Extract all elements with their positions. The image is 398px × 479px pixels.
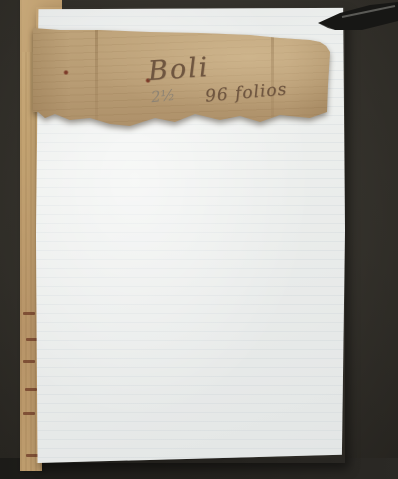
crease-line: [271, 30, 274, 122]
torn-cover-fragment: Boli 2½ 96 folios: [33, 26, 333, 128]
pencil-number: 2½: [150, 86, 176, 106]
pen-body: [318, 2, 398, 30]
stain-mark: [23, 360, 35, 363]
pen-tip: [300, 0, 398, 44]
stain-mark: [23, 312, 35, 315]
red-stain: [63, 70, 69, 75]
handwritten-title: Boli: [147, 52, 210, 87]
photograph-of-document: Boli 2½ 96 folios: [0, 0, 398, 479]
fragment-paper: Boli 2½ 96 folios: [33, 26, 333, 128]
crease-line: [95, 30, 98, 122]
folio-count-note: 96 folios: [204, 79, 288, 106]
stain-mark: [23, 412, 35, 415]
